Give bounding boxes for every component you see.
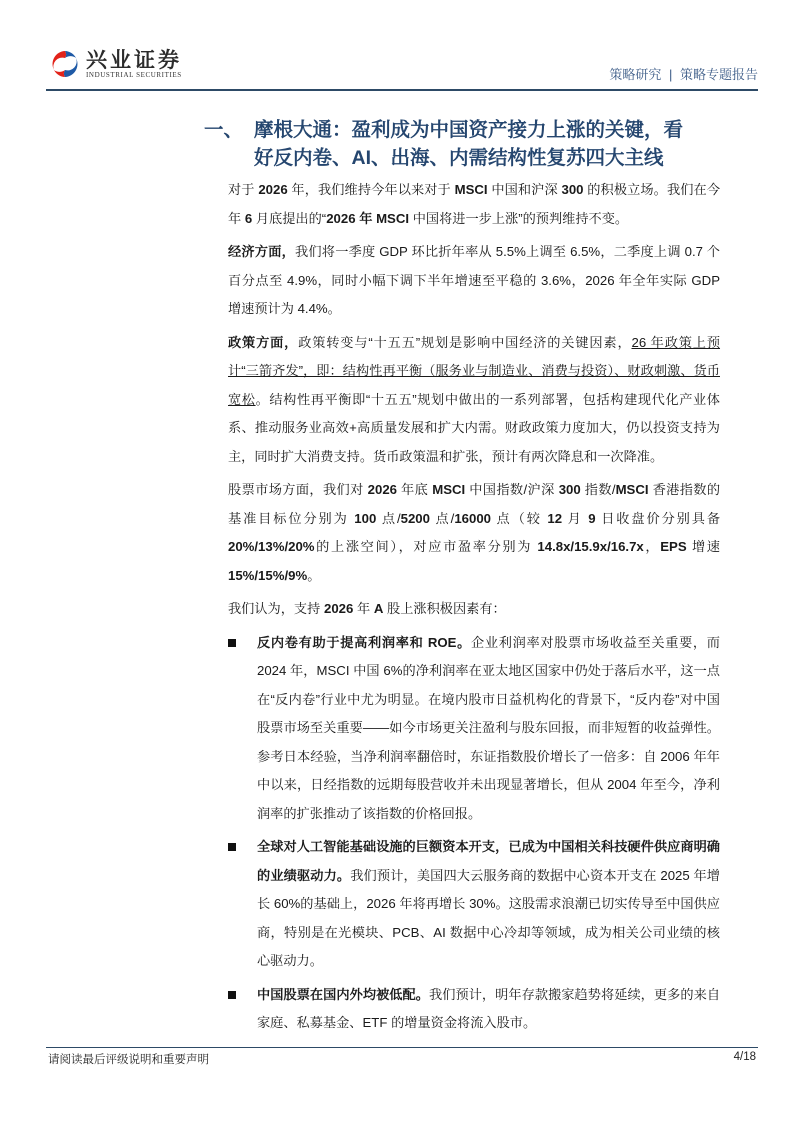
- paragraph-economy: 经济方面，我们将一季度 GDP 环比折年率从 5.5%上调至 6.5%，二季度上…: [228, 238, 720, 324]
- footer-disclaimer: 请阅读最后评级说明和重要声明: [48, 1051, 209, 1067]
- category-label: 策略研究: [609, 67, 661, 82]
- logo-chinese-name: 兴业证券: [86, 49, 182, 71]
- header-divider: [46, 89, 758, 91]
- bullet-item-ai-capex: 全球对人工智能基础设施的巨额资本开支，已成为中国相关科技硬件供应商明确的业绩驱动…: [228, 833, 720, 976]
- square-bullet-icon: [228, 639, 236, 647]
- square-bullet-icon: [228, 843, 236, 851]
- category-separator: |: [669, 67, 672, 82]
- section-title-line1: 摩根大通：盈利成为中国资产接力上涨的关键，看: [254, 119, 683, 141]
- bullet-item-anti-involution: 反内卷有助于提高利润率和 ROE。企业利润率对股票市场收益至关重要，而 2024…: [228, 629, 720, 829]
- bullet-body: 企业利润率对股票市场收益至关重要，而 2024 年，MSCI 中国 6%的净利润…: [257, 635, 720, 821]
- bullet-lead: 反内卷有助于提高利润率和 ROE。: [257, 635, 471, 650]
- square-bullet-icon: [228, 991, 236, 999]
- section-title-line2: 好反内卷、AI、出海、内需结构性复苏四大主线: [254, 144, 720, 172]
- section-heading: 一、 摩根大通：盈利成为中国资产接力上涨的关键，看 好反内卷、AI、出海、内需结…: [228, 116, 720, 172]
- company-logo: 兴业证券 INDUSTRIAL SECURITIES: [50, 48, 182, 80]
- bullet-item-underweight: 中国股票在国内外均被低配。我们预计，明年存款搬家趋势将延续，更多的来自家庭、私募…: [228, 981, 720, 1038]
- report-type-label: 策略专题报告: [680, 67, 758, 82]
- bullet-lead: 中国股票在国内外均被低配。: [257, 987, 429, 1002]
- section-number: 一、: [204, 116, 243, 144]
- report-category: 策略研究 | 策略专题报告: [609, 64, 758, 83]
- economy-lead: 经济方面，: [228, 244, 295, 259]
- page-header: 兴业证券 INDUSTRIAL SECURITIES 策略研究 | 策略专题报告: [46, 46, 758, 90]
- paragraph-factors-intro: 我们认为，支持 2026 年 A 股上涨积极因素有：: [228, 595, 720, 624]
- logo-english-name: INDUSTRIAL SECURITIES: [86, 71, 182, 80]
- page-number: 4/18: [734, 1051, 756, 1063]
- industrial-securities-logo-icon: [50, 48, 80, 80]
- footer-divider: [46, 1047, 758, 1048]
- paragraph-equity-targets: 股票市场方面，我们对 2026 年底 MSCI 中国指数/沪深 300 指数/M…: [228, 476, 720, 590]
- paragraph-stance: 对于 2026 年，我们维持今年以来对于 MSCI 中国和沪深 300 的积极立…: [228, 176, 720, 233]
- paragraph-policy: 政策方面，政策转变与“十五五”规划是影响中国经济的关键因素，26 年政策上预计“…: [228, 329, 720, 472]
- policy-lead: 政策方面，: [228, 335, 298, 350]
- page-content: 一、 摩根大通：盈利成为中国资产接力上涨的关键，看 好反内卷、AI、出海、内需结…: [228, 116, 720, 1043]
